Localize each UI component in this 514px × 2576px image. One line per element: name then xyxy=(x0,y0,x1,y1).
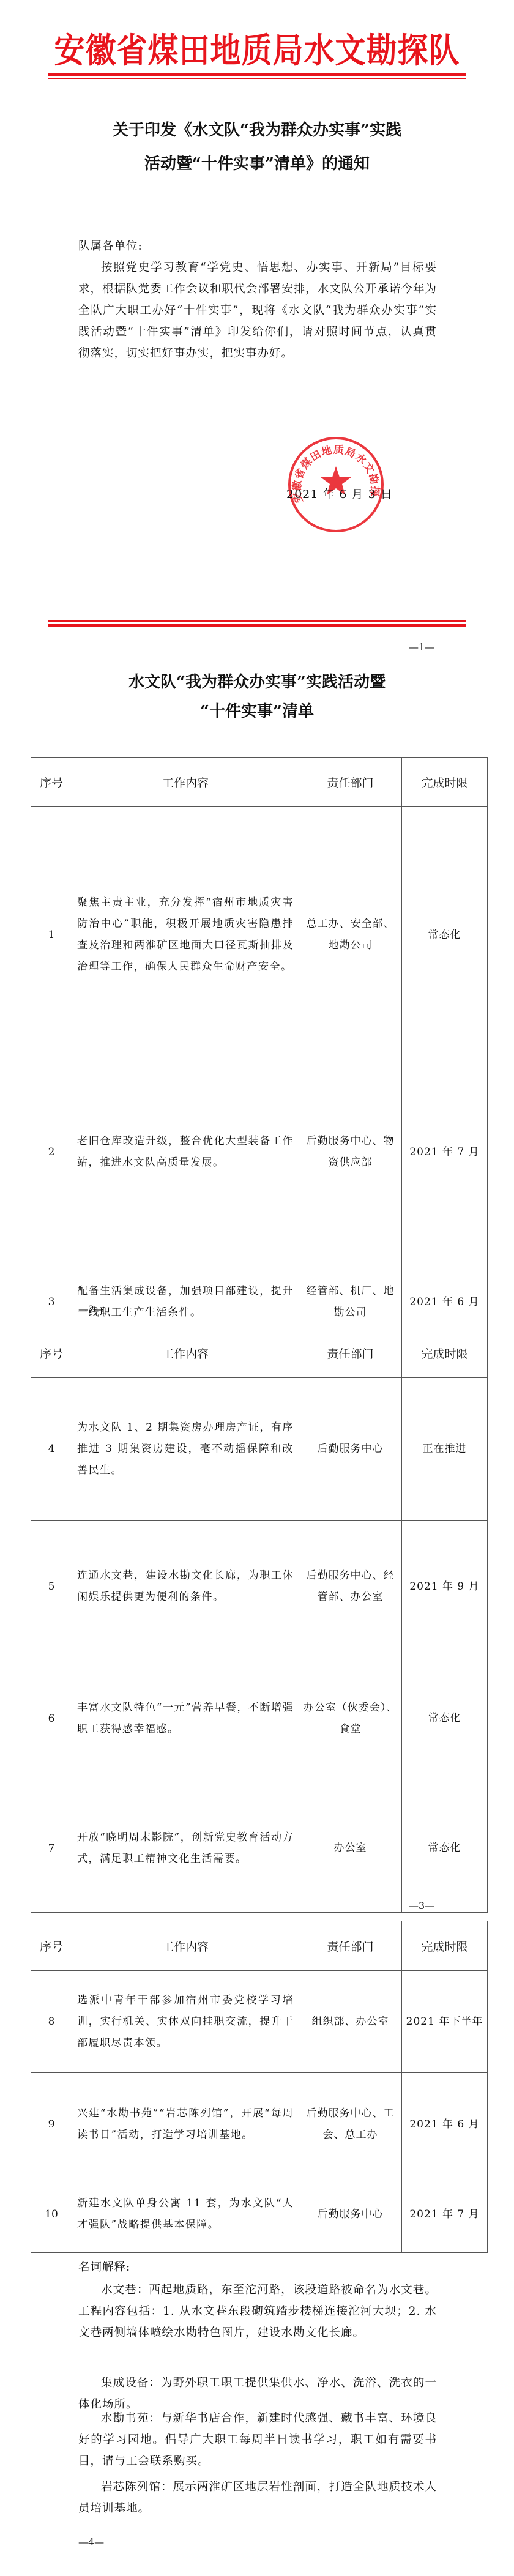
table-header-row: 序号 工作内容 责任部门 完成时限 xyxy=(31,1921,488,1971)
notice-title-line-2: 活动暨“十件实事”清单》的通知 xyxy=(0,155,514,173)
row-dept: 后勤服务中心、工会、总工办 xyxy=(299,2073,402,2176)
row-content: 选派中青年干部参加宿州市委党校学习培训，实行机关、实体双向挂职交流，提升干部履职… xyxy=(72,1971,299,2073)
row-deadline: 正在推进 xyxy=(402,1378,488,1521)
row-dept: 办公室（伙委会）、食堂 xyxy=(299,1653,402,1784)
header-no: 序号 xyxy=(31,1328,72,1378)
page-number-1: —1— xyxy=(409,641,434,653)
row-no: 9 xyxy=(31,2073,72,2176)
table-header-row: 序号 工作内容 责任部门 完成时限 xyxy=(31,1328,488,1378)
header-deadline: 完成时限 xyxy=(402,758,488,807)
row-no: 10 xyxy=(31,2176,72,2253)
row-no: 2 xyxy=(31,1063,72,1241)
row-no: 6 xyxy=(31,1653,72,1784)
header-dept: 责任部门 xyxy=(299,758,402,807)
header-deadline: 完成时限 xyxy=(402,1328,488,1378)
page-number-4: —4— xyxy=(78,2536,104,2548)
row-no: 8 xyxy=(31,1971,72,2073)
official-seal: 安徽省煤田地质局水文勘探队 xyxy=(286,434,386,535)
glossary-heading: 名词解释: xyxy=(78,2257,437,2278)
row-no: 5 xyxy=(31,1521,72,1653)
letterhead-rule-thick xyxy=(48,73,466,76)
table-row: 10 新建水文队单身公寓 11 套，为水文队“人才强队”战略提供基本保障。 后勤… xyxy=(31,2176,488,2253)
table-header-row: 序号 工作内容 责任部门 完成时限 xyxy=(31,758,488,807)
header-no: 序号 xyxy=(31,1921,72,1971)
header-dept: 责任部门 xyxy=(299,1328,402,1378)
row-deadline: 2021 年 7 月 xyxy=(402,2176,488,2253)
table-row: 9 兴建“水勘书苑”“岩芯陈列馆”，开展“每周读书日”活动，打造学习培训基地。 … xyxy=(31,2073,488,2176)
row-deadline: 2021 年下半年 xyxy=(402,1971,488,2073)
items-table-part-3: 序号 工作内容 责任部门 完成时限 8 选派中青年干部参加宿州市委党校学习培训，… xyxy=(31,1921,488,2253)
table-row: 2 老旧仓库改造升级，整合优化大型装备工作站，推进水文队高质量发展。 后勤服务中… xyxy=(31,1063,488,1241)
row-content: 丰富水文队特色“一元”营养早餐，不断增强职工获得感幸福感。 xyxy=(72,1653,299,1784)
footer-rule-thin xyxy=(48,620,466,622)
table-row: 5 连通水文巷，建设水勘文化长廊，为职工休闲娱乐提供更为便利的条件。 后勤服务中… xyxy=(31,1521,488,1653)
row-no: 4 xyxy=(31,1378,72,1521)
row-content: 老旧仓库改造升级，整合优化大型装备工作站，推进水文队高质量发展。 xyxy=(72,1063,299,1241)
row-content: 为水文队 1、2 期集资房办理房产证，有序推进 3 期集资房建设，毫不动摇保障和… xyxy=(72,1378,299,1521)
items-table-part-2: 序号 工作内容 责任部门 完成时限 4 为水文队 1、2 期集资房办理房产证，有… xyxy=(31,1328,488,1913)
table-row: 4 为水文队 1、2 期集资房办理房产证，有序推进 3 期集资房建设，毫不动摇保… xyxy=(31,1378,488,1521)
list-title-line-1: 水文队“我为群众办实事”实践活动暨 xyxy=(0,673,514,691)
row-deadline: 常态化 xyxy=(402,1653,488,1784)
row-deadline: 2021 年 6 月 xyxy=(402,2073,488,2176)
letterhead-org-name: 安徽省煤田地质局水文勘探队 xyxy=(0,27,514,75)
header-no: 序号 xyxy=(31,758,72,807)
row-deadline: 常态化 xyxy=(402,807,488,1063)
row-dept: 组织部、办公室 xyxy=(299,1971,402,2073)
row-dept: 后勤服务中心、物资供应部 xyxy=(299,1063,402,1241)
table-row: 6 丰富水文队特色“一元”营养早餐，不断增强职工获得感幸福感。 办公室（伙委会）… xyxy=(31,1653,488,1784)
header-content: 工作内容 xyxy=(72,1328,299,1378)
row-dept: 总工办、安全部、地勘公司 xyxy=(299,807,402,1063)
header-deadline: 完成时限 xyxy=(402,1921,488,1971)
row-dept: 后勤服务中心 xyxy=(299,1378,402,1521)
header-content: 工作内容 xyxy=(72,1921,299,1971)
row-no: 7 xyxy=(31,1784,72,1913)
notice-title-line-1: 关于印发《水文队“我为群众办实事”实践 xyxy=(0,121,514,140)
notice-body: 按照党史学习教育“学党史、悟思想、办实事、开新局”目标要求，根据队党委工作会议和… xyxy=(78,257,437,364)
notice-date: 2021 年 6 月 3 日 xyxy=(286,485,393,502)
row-no: 1 xyxy=(31,807,72,1063)
row-content: 新建水文队单身公寓 11 套，为水文队“人才强队”战略提供基本保障。 xyxy=(72,2176,299,2253)
row-content: 开放“晓明周末影院”，创新党史教育活动方式，满足职工精神文化生活需要。 xyxy=(72,1784,299,1913)
row-content: 兴建“水勘书苑”“岩芯陈列馆”，开展“每周读书日”活动，打造学习培训基地。 xyxy=(72,2073,299,2176)
list-title-line-2: “十件实事”清单 xyxy=(0,702,514,721)
table-row: 7 开放“晓明周末影院”，创新党史教育活动方式，满足职工精神文化生活需要。 办公… xyxy=(31,1784,488,1913)
row-content: 聚焦主责主业，充分发挥“宿州市地质灾害防治中心”职能，积极开展地质灾害隐患排查及… xyxy=(72,807,299,1063)
letterhead-rule-thin xyxy=(48,78,466,79)
page-number-2: —2— xyxy=(78,1303,104,1315)
row-deadline: 2021 年 9 月 xyxy=(402,1521,488,1653)
row-deadline: 常态化 xyxy=(402,1784,488,1913)
items-table-part-1: 序号 工作内容 责任部门 完成时限 1 聚焦主责主业，充分发挥“宿州市地质灾害防… xyxy=(31,757,488,1363)
header-content: 工作内容 xyxy=(72,758,299,807)
row-dept: 办公室 xyxy=(299,1784,402,1913)
glossary-item-core-gallery: 岩芯陈列馆：展示两淮矿区地层岩性剖面，打造全队地质技术人员培训基地。 xyxy=(78,2476,437,2519)
row-content: 连通水文巷，建设水勘文化长廊，为职工休闲娱乐提供更为便利的条件。 xyxy=(72,1521,299,1653)
row-dept: 后勤服务中心、经管部、办公室 xyxy=(299,1521,402,1653)
row-dept: 后勤服务中心 xyxy=(299,2176,402,2253)
notice-salutation: 队属各单位: xyxy=(78,236,437,257)
table-row: 1 聚焦主责主业，充分发挥“宿州市地质灾害防治中心”职能，积极开展地质灾害隐患排… xyxy=(31,807,488,1063)
official-seal-star-icon: 安徽省煤田地质局水文勘探队 xyxy=(286,434,386,535)
page-number-3: —3— xyxy=(409,1900,434,1912)
footer-rule-thick xyxy=(48,624,466,627)
header-dept: 责任部门 xyxy=(299,1921,402,1971)
table-row: 8 选派中青年干部参加宿州市委党校学习培训，实行机关、实体双向挂职交流，提升干部… xyxy=(31,1971,488,2073)
glossary-item-shuiwenxiang: 水文巷：西起地质路，东至沱河路，该段道路被命名为水文巷。工程内容包括：1. 从水… xyxy=(78,2279,437,2343)
row-deadline: 2021 年 7 月 xyxy=(402,1063,488,1241)
glossary-item-shukan-shuyuan: 水勘书苑：与新华书店合作，新建时代感强、藏书丰富、环境良好的学习园地。倡导广大职… xyxy=(78,2408,437,2472)
